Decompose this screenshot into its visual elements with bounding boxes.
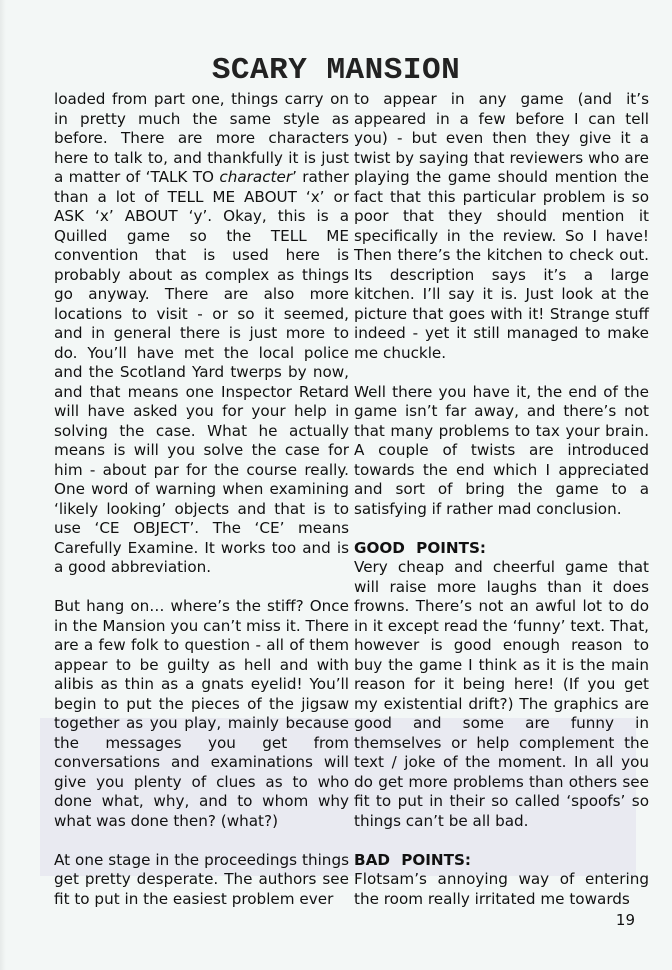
page-edge [0,0,6,970]
page-number: 19 [595,911,635,929]
paragraph-intro: loaded from part one, things carry on in… [54,90,349,578]
page-title: SCARY MANSION [0,53,672,88]
left-column: loaded from part one, things carry on in… [54,90,349,909]
paragraph-stiff: But hang on… where’s the stiff? Once in … [54,597,349,831]
text-segment: ’ rather than a lot of TELL ME ABOUT ‘x’… [54,168,349,576]
bad-points-heading: BAD POINTS: [354,851,649,871]
bad-points-text: Flotsam’s annoying way of entering the r… [354,870,649,909]
paragraph-kitchen: to appear in any game (and it’s appeared… [354,90,649,363]
italic-term: character [219,168,292,186]
paragraph-ending: Well there you have it, the end of the g… [354,383,649,520]
right-column: to appear in any game (and it’s appeared… [354,90,649,909]
good-points-text: Very cheap and cheerful game that will r… [354,558,649,831]
good-points-heading: GOOD POINTS: [354,539,649,559]
paragraph-desperate: At one stage in the proceedings things g… [54,851,349,910]
